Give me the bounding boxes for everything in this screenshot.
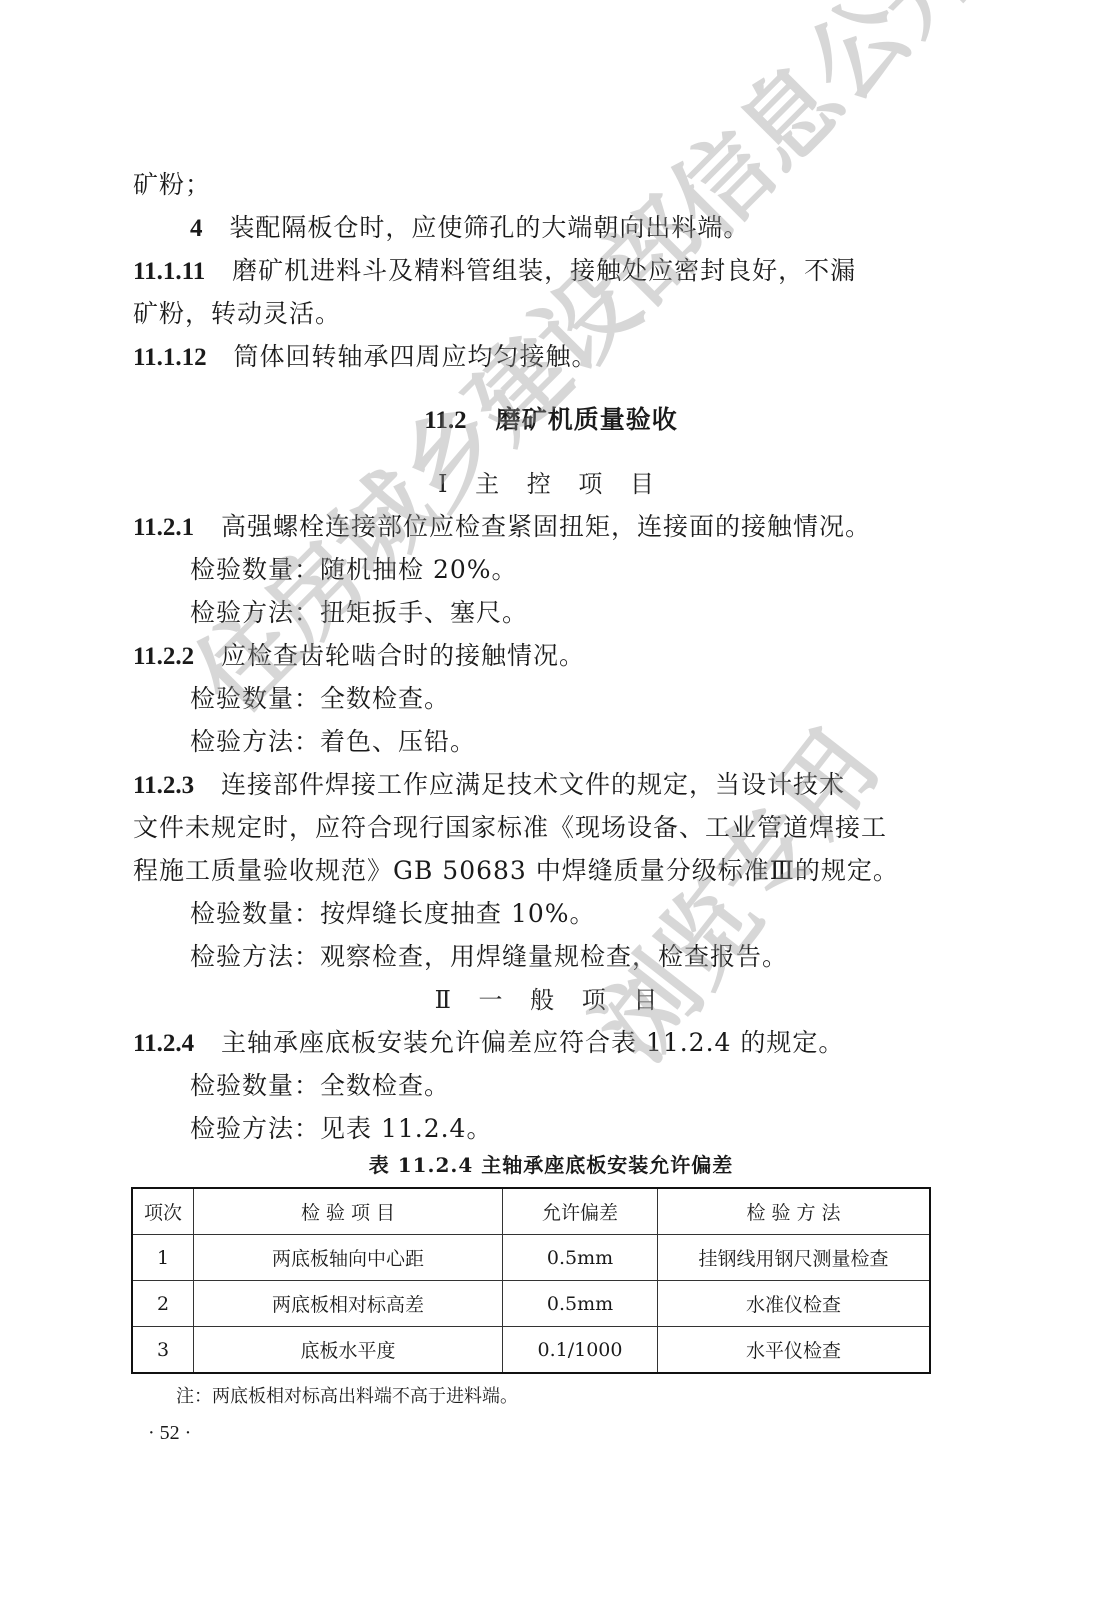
- list-item: 4 装配隔板仓时，应使筛孔的大端朝向出料端。: [190, 211, 749, 246]
- tolerance-table: 项次 检 验 项 目 允许偏差 检 验 方 法 1 两底板轴向中心距 0.5mm…: [131, 1187, 931, 1374]
- column-header: 检 验 项 目: [194, 1188, 503, 1235]
- table-cell: 水准仪检查: [658, 1281, 931, 1327]
- table-row: 3 底板水平度 0.1/1000 水平仪检查: [132, 1327, 930, 1374]
- table-title: 表 11.2.4 主轴承座底板安装允许偏差: [0, 1148, 1102, 1182]
- column-header: 检 验 方 法: [658, 1188, 931, 1235]
- column-header: 允许偏差: [503, 1188, 658, 1235]
- inspection-quantity: 检验数量：按焊缝长度抽查 10%。: [190, 897, 596, 931]
- inspection-quantity: 检验数量：全数检查。: [190, 682, 450, 716]
- clause-11-1-12: 11.1.12 筒体回转轴承四周应均匀接触。: [133, 340, 597, 375]
- inspection-method: 检验方法：见表 11.2.4。: [190, 1112, 492, 1146]
- inspection-method: 检验方法：观察检查，用焊缝量规检查，检查报告。: [190, 940, 788, 974]
- subsection-general: Ⅱ 一 般 项 目: [0, 983, 1102, 1017]
- table-cell: 两底板轴向中心距: [194, 1235, 503, 1281]
- page-number: · 52 ·: [148, 1422, 191, 1445]
- document-page: 矿粉； 4 装配隔板仓时，应使筛孔的大端朝向出料端。 11.1.11 磨矿机进料…: [0, 0, 1102, 1598]
- clause-11-2-2: 11.2.2 应检查齿轮啮合时的接触情况。: [133, 639, 585, 674]
- table-cell: 1: [132, 1235, 194, 1281]
- table-cell: 挂钢线用钢尺测量检查: [658, 1235, 931, 1281]
- text-line: 文件未规定时，应符合现行国家标准《现场设备、工业管道焊接工: [133, 811, 887, 845]
- table-cell: 底板水平度: [194, 1327, 503, 1374]
- section-title: 11.2 磨矿机质量验收: [0, 403, 1102, 438]
- inspection-quantity: 检验数量：全数检查。: [190, 1069, 450, 1103]
- inspection-method: 检验方法：着色、压铅。: [190, 725, 476, 759]
- table-header-row: 项次 检 验 项 目 允许偏差 检 验 方 法: [132, 1188, 930, 1235]
- inspection-quantity: 检验数量：随机抽检 20%。: [190, 553, 518, 587]
- subsection-main-control: Ⅰ 主 控 项 目: [0, 467, 1102, 501]
- clause-11-2-4: 11.2.4 主轴承座底板安装允许偏差应符合表 11.2.4 的规定。: [133, 1026, 844, 1061]
- table-row: 1 两底板轴向中心距 0.5mm 挂钢线用钢尺测量检查: [132, 1235, 930, 1281]
- table-cell: 0.5mm: [503, 1281, 658, 1327]
- clause-11-2-1: 11.2.1 高强螺栓连接部位应检查紧固扭矩，连接面的接触情况。: [133, 510, 871, 545]
- table-cell: 水平仪检查: [658, 1327, 931, 1374]
- table-cell: 3: [132, 1327, 194, 1374]
- clause-11-2-3: 11.2.3 连接部件焊接工作应满足技术文件的规定，当设计技术: [133, 768, 845, 803]
- table-row: 2 两底板相对标高差 0.5mm 水准仪检查: [132, 1281, 930, 1327]
- column-header: 项次: [132, 1188, 194, 1235]
- table-cell: 2: [132, 1281, 194, 1327]
- text-line: 矿粉，转动灵活。: [133, 297, 341, 331]
- clause-11-1-11: 11.1.11 磨矿机进料斗及精料管组装，接触处应密封良好，不漏: [133, 254, 856, 289]
- inspection-method: 检验方法：扭矩扳手、塞尺。: [190, 596, 528, 630]
- table-cell: 两底板相对标高差: [194, 1281, 503, 1327]
- text-line: 矿粉；: [133, 168, 211, 202]
- table-note: 注：两底板相对标高出料端不高于进料端。: [176, 1383, 518, 1411]
- text-line: 程施工质量验收规范》GB 50683 中焊缝质量分级标准Ⅲ的规定。: [133, 854, 899, 888]
- table-cell: 0.5mm: [503, 1235, 658, 1281]
- table-cell: 0.1/1000: [503, 1327, 658, 1374]
